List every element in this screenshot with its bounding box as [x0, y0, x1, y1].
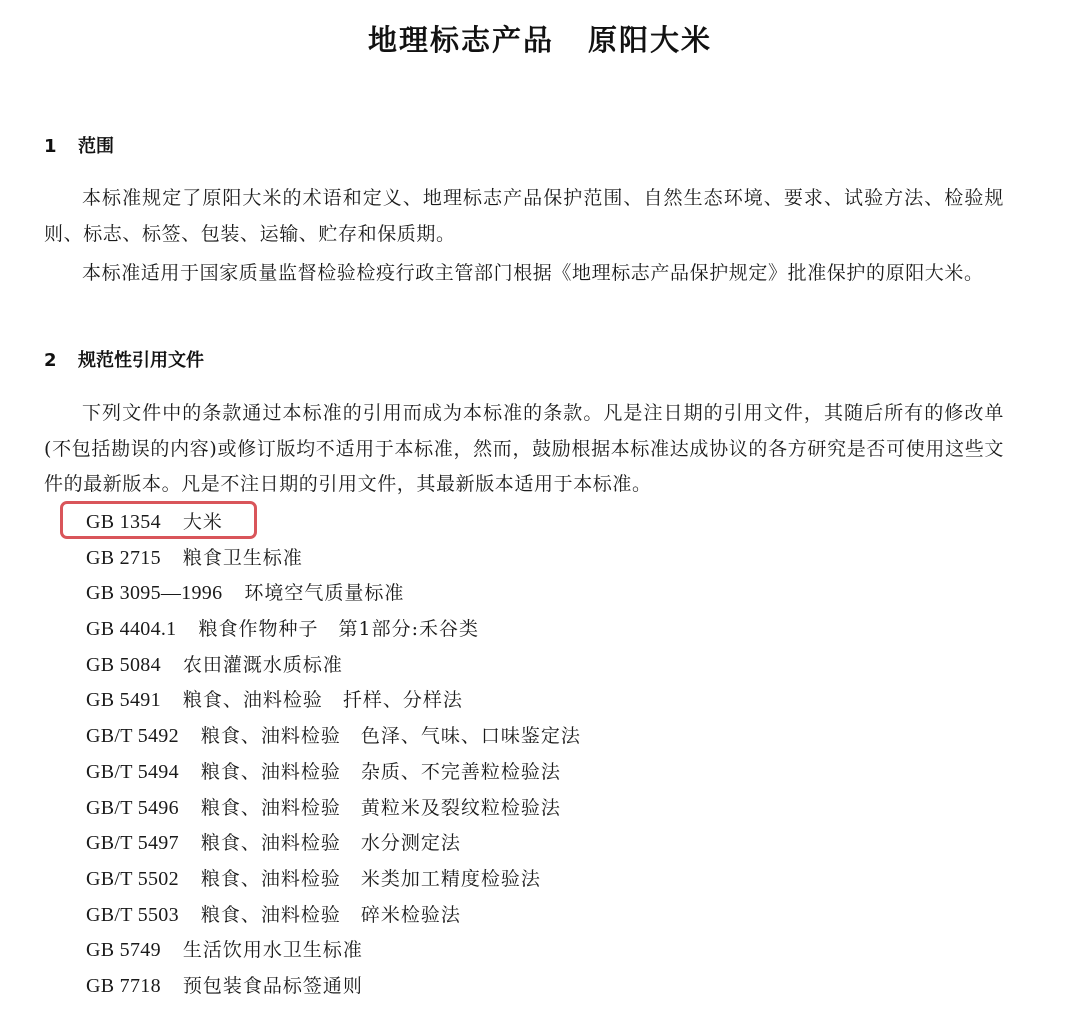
section-2-paragraph-1: 下列文件中的条款通过本标准的引用而成为本标准的条款。凡是注日期的引用文件，其随后…	[44, 396, 1004, 503]
reference-code: GB 2715	[86, 547, 161, 569]
reference-code: GB 5084	[86, 654, 161, 676]
reference-item: GB/T 5496粮食、油料检验 黄粒米及裂纹粒检验法	[86, 791, 581, 827]
reference-name: 粮食作物种子 第1部分:禾谷类	[198, 618, 479, 640]
reference-code: GB 5749	[86, 939, 161, 961]
reference-item: GB 5491粮食、油料检验 扦样、分样法	[86, 683, 581, 719]
reference-item: GB 5749生活饮用水卫生标准	[86, 933, 581, 969]
section-number: 1	[44, 134, 78, 160]
reference-code: GB/T 5494	[86, 761, 179, 783]
reference-name: 农田灌溉水质标准	[183, 654, 343, 676]
reference-name: 粮食、油料检验 黄粒米及裂纹粒检验法	[201, 797, 561, 819]
reference-item: GB/T 5492粮食、油料检验 色泽、气味、口味鉴定法	[86, 719, 581, 755]
section-title: 规范性引用文件	[78, 350, 204, 371]
reference-code: GB/T 5497	[86, 832, 179, 854]
reference-code: GB 3095—1996	[86, 582, 222, 604]
reference-item: GB/T 5503粮食、油料检验 碎米检验法	[86, 898, 581, 934]
reference-name: 粮食、油料检验 扦样、分样法	[183, 689, 463, 711]
reference-name: 粮食卫生标准	[183, 547, 303, 569]
reference-item: GB 3095—1996环境空气质量标准	[86, 576, 581, 612]
reference-item: GB/T 5497粮食、油料检验 水分测定法	[86, 826, 581, 862]
reference-item: GB/T 5502粮食、油料检验 米类加工精度检验法	[86, 862, 581, 898]
reference-name: 粮食、油料检验 杂质、不完善粒检验法	[201, 761, 561, 783]
reference-code: GB 7718	[86, 975, 161, 997]
reference-name: 预包装食品标签通则	[183, 975, 363, 997]
section-1-paragraph-2: 本标准适用于国家质量监督检验检疫行政主管部门根据《地理标志产品保护规定》批准保护…	[44, 256, 1004, 292]
section-1-paragraph-1: 本标准规定了原阳大米的术语和定义、地理标志产品保护范围、自然生态环境、要求、试验…	[44, 181, 1004, 252]
reference-name: 粮食、油料检验 米类加工精度检验法	[201, 868, 541, 890]
normative-references-list: GB 1354大米 GB 2715粮食卫生标准 GB 3095—1996环境空气…	[86, 505, 581, 1005]
reference-code: GB 4404.1	[86, 618, 176, 640]
section-number: 2	[44, 348, 78, 374]
document-title: 地理标志产品原阳大米	[0, 18, 1080, 62]
highlight-box	[60, 501, 257, 539]
reference-item: GB 2715粮食卫生标准	[86, 541, 581, 577]
reference-code: GB/T 5502	[86, 868, 179, 890]
reference-name: 生活饮用水卫生标准	[183, 939, 363, 961]
reference-code: GB/T 5503	[86, 904, 179, 926]
reference-code: GB 5491	[86, 689, 161, 711]
reference-name: 粮食、油料检验 水分测定法	[201, 832, 461, 854]
title-part-2: 原阳大米	[588, 23, 712, 57]
reference-code: GB/T 5496	[86, 797, 179, 819]
section-1-heading: 1范围	[44, 134, 114, 160]
reference-item: GB/T 5494粮食、油料检验 杂质、不完善粒检验法	[86, 755, 581, 791]
reference-code: GB/T 5492	[86, 725, 179, 747]
reference-item: GB 7718预包装食品标签通则	[86, 969, 581, 1005]
title-part-1: 地理标志产品	[368, 23, 554, 57]
section-title: 范围	[78, 136, 114, 157]
reference-name: 粮食、油料检验 色泽、气味、口味鉴定法	[201, 725, 581, 747]
reference-item: GB 5084农田灌溉水质标准	[86, 648, 581, 684]
reference-name: 粮食、油料检验 碎米检验法	[201, 904, 461, 926]
reference-name: 环境空气质量标准	[244, 582, 404, 604]
section-2-heading: 2规范性引用文件	[44, 348, 204, 374]
reference-item: GB 4404.1粮食作物种子 第1部分:禾谷类	[86, 612, 581, 648]
